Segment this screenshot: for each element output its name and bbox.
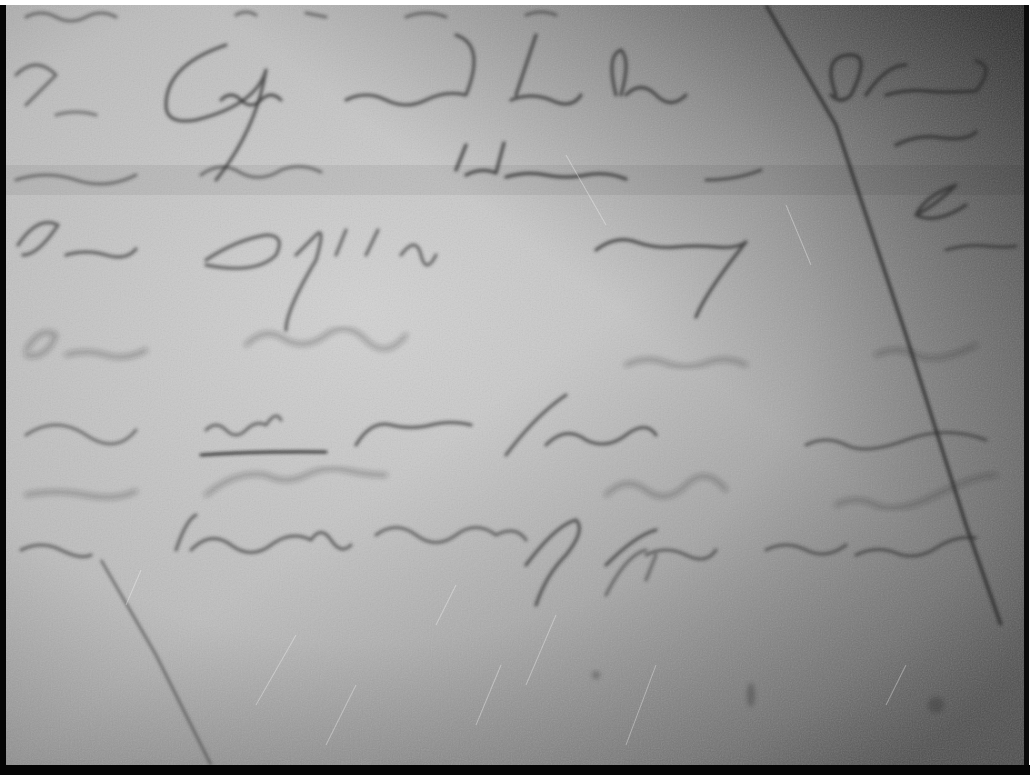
bottom-black-border [6, 765, 1030, 775]
manuscript-photo [6, 5, 1024, 765]
image-frame: photograph of handwritten manuscript pag… [0, 0, 1035, 780]
right-black-border [1024, 5, 1029, 775]
left-black-border [0, 5, 6, 775]
